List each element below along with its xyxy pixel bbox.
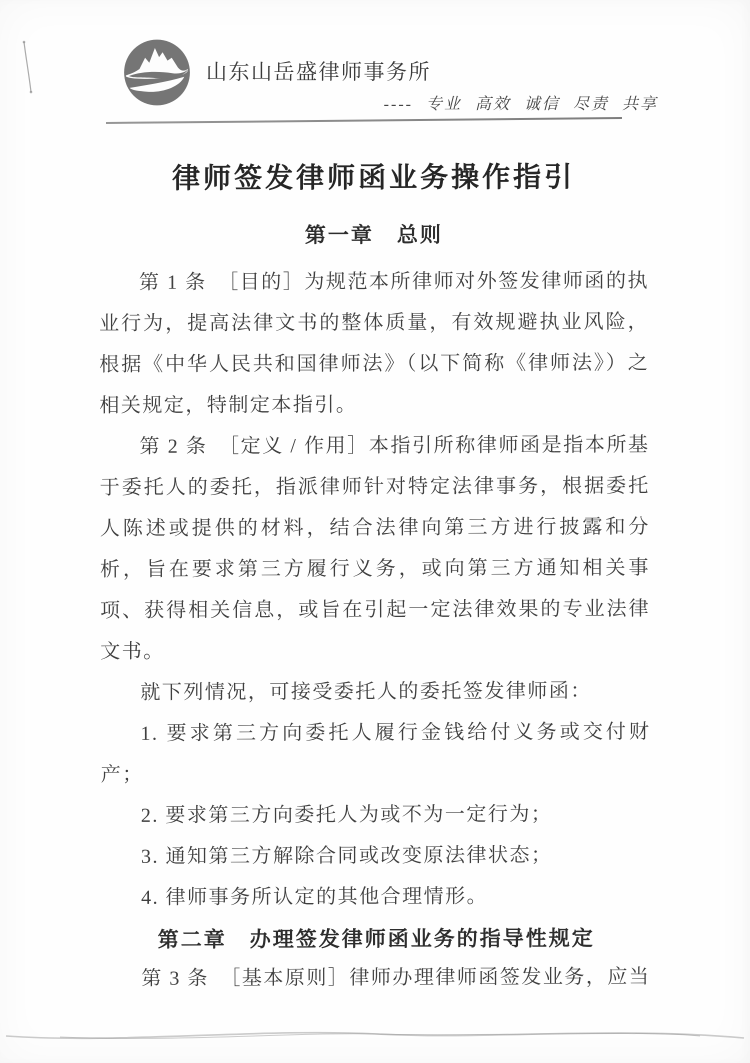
firm-slogan: ---- 专业 高效 诚信 尽责 共享 xyxy=(0,91,658,114)
article-3: 第 3 条 ［基本原则］律师办理律师函签发业务，应当 xyxy=(101,957,651,1000)
article-2: 第 2 条 ［定义 / 作用］本指引所称律师函是指本所基于委托人的委托，指派律师… xyxy=(99,425,650,673)
chapter-2-heading: 第二章 办理签发律师函业务的指导性规定 xyxy=(101,924,651,955)
article-1: 第 1 条 ［目的］为规范本所律师对外签发律师函的执业行为，提高法律文书的整体质… xyxy=(99,261,650,427)
list-item-2: 2. 要求第三方向委托人为或不为一定行为； xyxy=(101,794,651,837)
letterhead-divider xyxy=(106,117,622,124)
document-body: 律师签发律师函业务操作指引 第一章 总则 第 1 条 ［目的］为规范本所律师对外… xyxy=(99,159,652,1000)
scan-edge-shadow xyxy=(0,1016,750,1056)
list-item-1: 1. 要求第三方向委托人履行金钱给付义务或交付财产； xyxy=(100,712,650,796)
document-page: 山东山岳盛律师事务所 ---- 专业 高效 诚信 尽责 共享 律师签发律师函业务… xyxy=(0,0,750,1063)
list-item-4: 4. 律师事务所认定的其他合理情形。 xyxy=(101,876,651,919)
list-item-3: 3. 通知第三方解除合同或改变原法律状态； xyxy=(101,835,651,878)
document-title: 律师签发律师函业务操作指引 xyxy=(99,159,649,198)
list-intro: 就下列情况，可接受委托人的委托签发律师函： xyxy=(100,671,650,714)
firm-name: 山东山岳盛律师事务所 xyxy=(206,56,431,86)
chapter-1-heading: 第一章 总则 xyxy=(99,220,649,251)
